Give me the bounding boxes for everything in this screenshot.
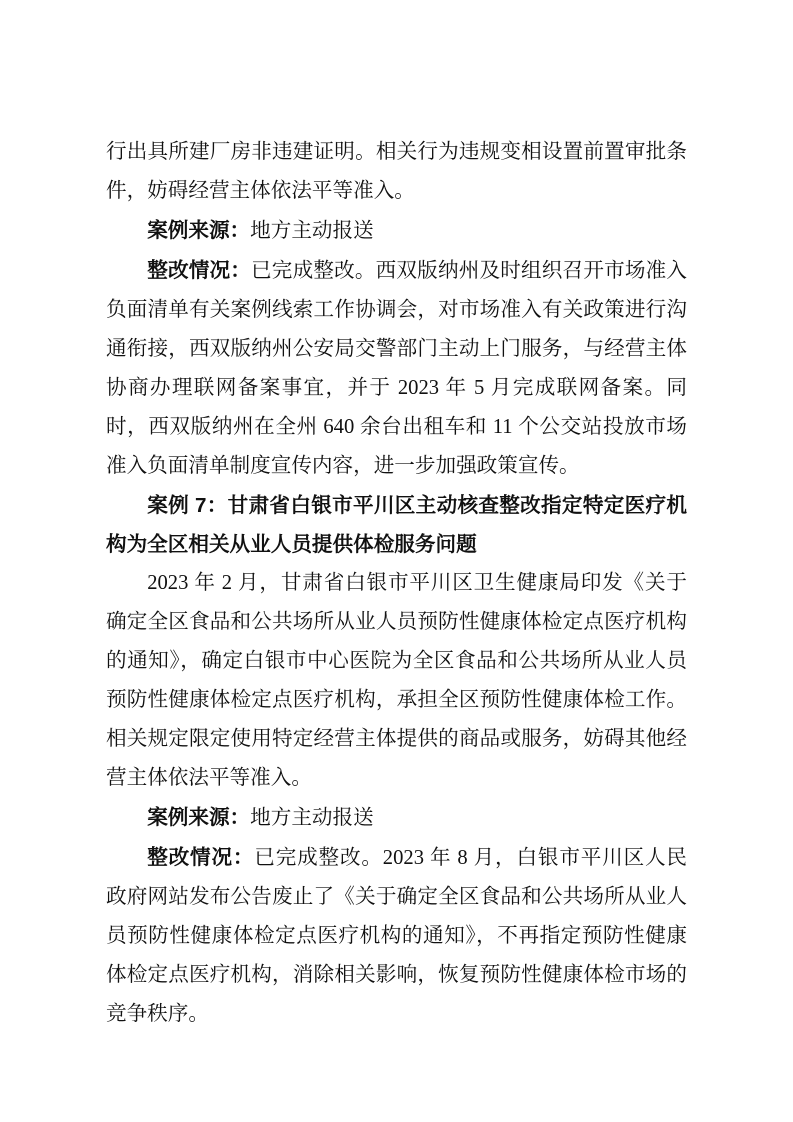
case7-description-paragraph: 2023 年 2 月，甘肃省白银市平川区卫生健康局印发《关于确定全区食品和公共场… bbox=[106, 564, 687, 798]
case-source-label: 案例来源： bbox=[147, 219, 250, 242]
case7-description-text: 2023 年 2 月，甘肃省白银市平川区卫生健康局印发《关于确定全区食品和公共场… bbox=[106, 572, 687, 789]
case7-heading: 案例 7：甘肃省白银市平川区主动核查整改指定特定医疗机构为全区相关从业人员提供体… bbox=[106, 486, 687, 564]
rectification-status-label: 整改情况： bbox=[147, 259, 251, 282]
case-source-label: 案例来源： bbox=[147, 806, 250, 829]
rectification-status-text: 已完成整改。西双版纳州及时组织召开市场准入负面清单有关案例线索工作协调会，对市场… bbox=[106, 260, 687, 477]
paragraph-text: 行出具所建厂房非违建证明。相关行为违规变相设置前置审批条件，妨碍经营主体依法平等… bbox=[106, 141, 687, 202]
case-source-value: 地方主动报送 bbox=[250, 220, 374, 242]
case-source-value: 地方主动报送 bbox=[250, 807, 374, 829]
case7-source-paragraph: 案例来源：地方主动报送 bbox=[106, 798, 687, 838]
case6-rectification-paragraph: 整改情况：已完成整改。西双版纳州及时组织召开市场准入负面清单有关案例线索工作协调… bbox=[106, 251, 687, 486]
paragraph-continuation: 行出具所建厂房非违建证明。相关行为违规变相设置前置审批条件，妨碍经营主体依法平等… bbox=[106, 133, 687, 211]
document-page: 行出具所建厂房非违建证明。相关行为违规变相设置前置审批条件，妨碍经营主体依法平等… bbox=[0, 0, 793, 1122]
rectification-status-text: 已完成整改。2023 年 8 月，白银市平川区人民政府网站发布公告废止了《关于确… bbox=[106, 847, 687, 1025]
document-body: 行出具所建厂房非违建证明。相关行为违规变相设置前置审批条件，妨碍经营主体依法平等… bbox=[106, 133, 687, 1034]
case6-source-paragraph: 案例来源：地方主动报送 bbox=[106, 211, 687, 251]
rectification-status-label: 整改情况： bbox=[147, 846, 254, 869]
case7-heading-text: 案例 7：甘肃省白银市平川区主动核查整改指定特定医疗机构为全区相关从业人员提供体… bbox=[106, 494, 687, 556]
case7-rectification-paragraph: 整改情况：已完成整改。2023 年 8 月，白银市平川区人民政府网站发布公告废止… bbox=[106, 838, 687, 1034]
